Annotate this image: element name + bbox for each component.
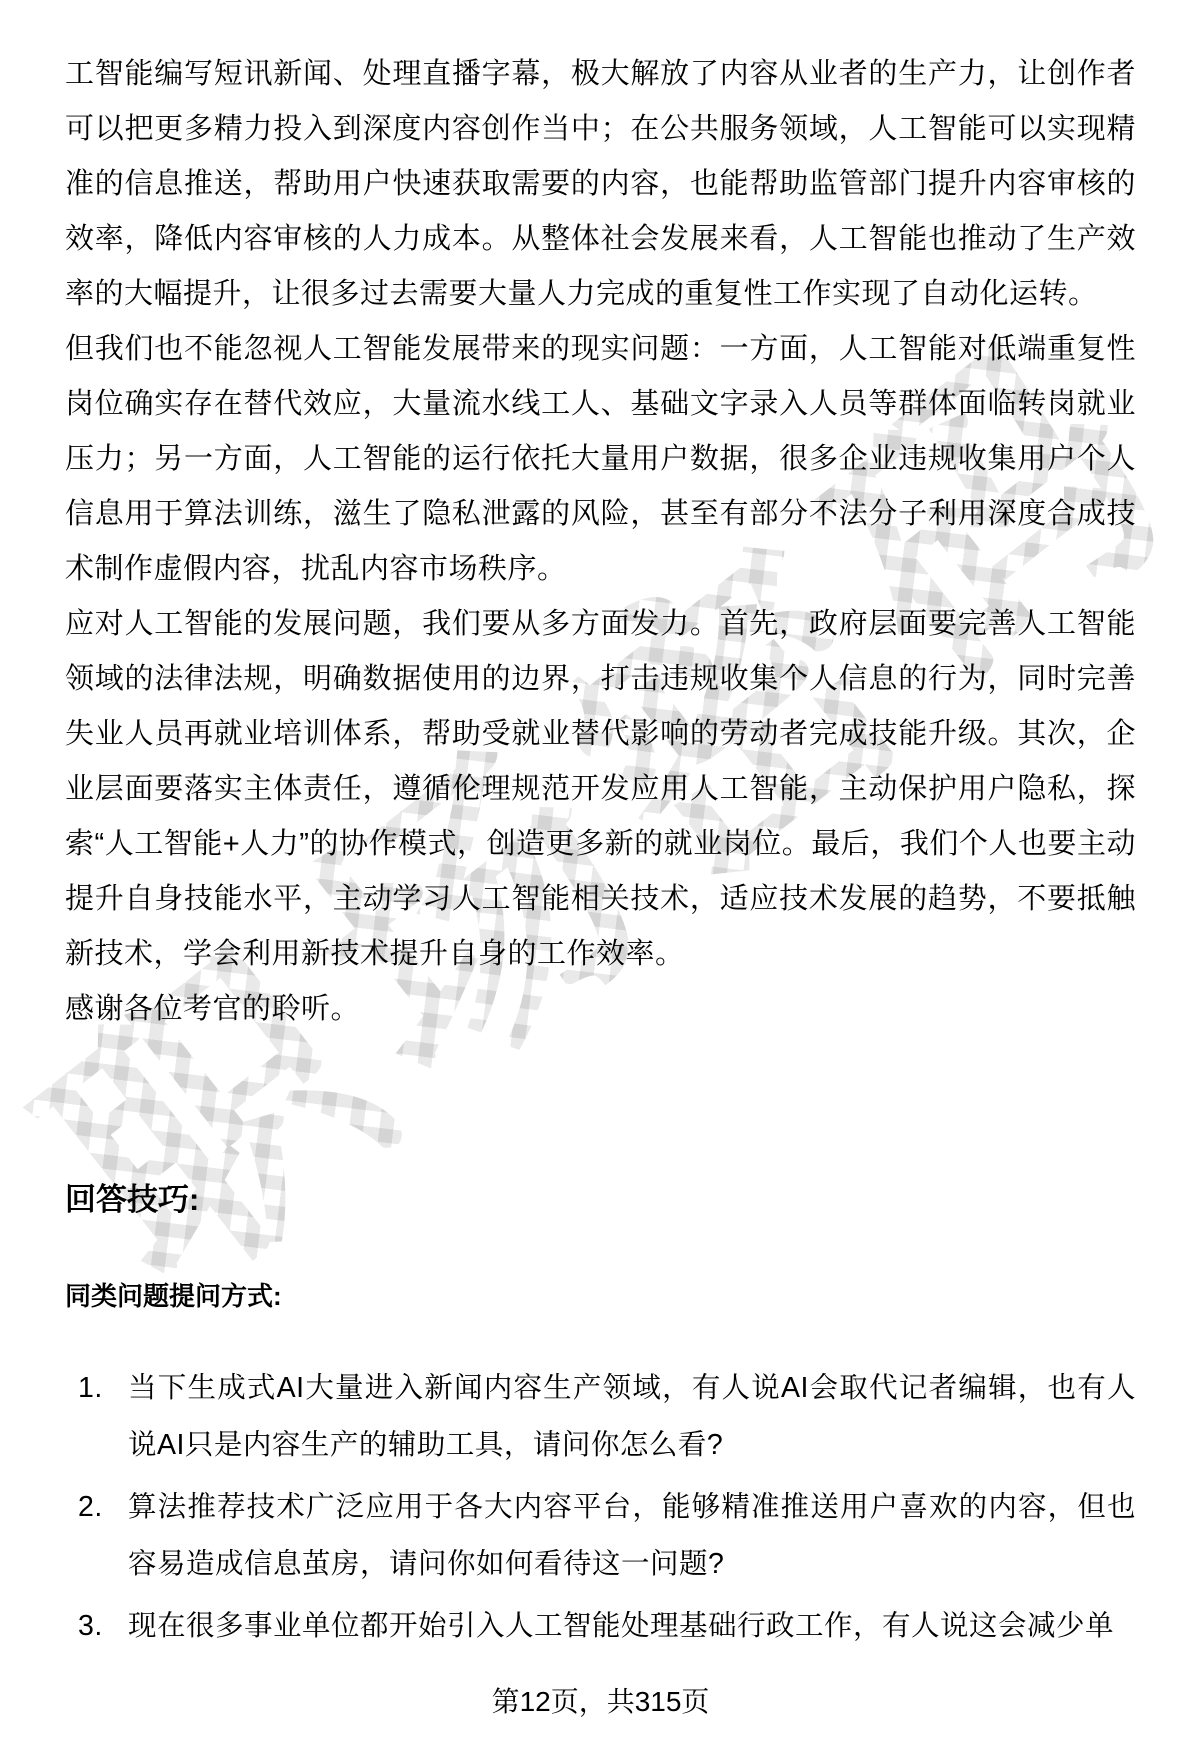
section-heading-similar-questions: 同类问题提问方式:	[65, 1280, 1136, 1312]
body-paragraph-2: 但我们也不能忽视人工智能发展带来的现实问题：一方面，人工智能对低端重复性岗位确实…	[65, 322, 1136, 597]
question-text-2: 算法推荐技术广泛应用于各大内容平台，能够精准推送用户喜欢的内容，但也容易造成信息…	[128, 1491, 1136, 1580]
question-text-3: 现在很多事业单位都开始引入人工智能处理基础行政工作，有人说这会减少单	[128, 1610, 1114, 1642]
question-number-2: 2.	[78, 1479, 103, 1536]
section-heading-answer-tips: 回答技巧:	[65, 1182, 1136, 1218]
question-item-1: 1. 当下生成式AI大量进入新闻内容生产领域，有人说AI会取代记者编辑，也有人说…	[65, 1360, 1136, 1474]
document-page: 职场密码 工智能编写短讯新闻、处理直播字幕，极大解放了内容从业者的生产力，让创作…	[0, 0, 1200, 1755]
body-paragraph-3: 应对人工智能的发展问题，我们要从多方面发力。首先，政府层面要完善人工智能领域的法…	[65, 597, 1136, 982]
question-number-3: 3.	[78, 1598, 103, 1655]
body-paragraph-closing: 感谢各位考官的聆听。	[65, 982, 1136, 1037]
question-number-1: 1.	[78, 1360, 103, 1417]
similar-questions-list: 1. 当下生成式AI大量进入新闻内容生产领域，有人说AI会取代记者编辑，也有人说…	[65, 1360, 1136, 1655]
body-paragraph-1: 工智能编写短讯新闻、处理直播字幕，极大解放了内容从业者的生产力，让创作者可以把更…	[65, 47, 1136, 322]
question-text-1: 当下生成式AI大量进入新闻内容生产领域，有人说AI会取代记者编辑，也有人说AI只…	[128, 1372, 1136, 1461]
question-item-2: 2. 算法推荐技术广泛应用于各大内容平台，能够精准推送用户喜欢的内容，但也容易造…	[65, 1479, 1136, 1593]
page-footer: 第12页，共315页	[65, 1685, 1136, 1719]
question-item-3: 3. 现在很多事业单位都开始引入人工智能处理基础行政工作，有人说这会减少单	[65, 1598, 1136, 1655]
page-content: 工智能编写短讯新闻、处理直播字幕，极大解放了内容从业者的生产力，让创作者可以把更…	[0, 0, 1200, 1755]
